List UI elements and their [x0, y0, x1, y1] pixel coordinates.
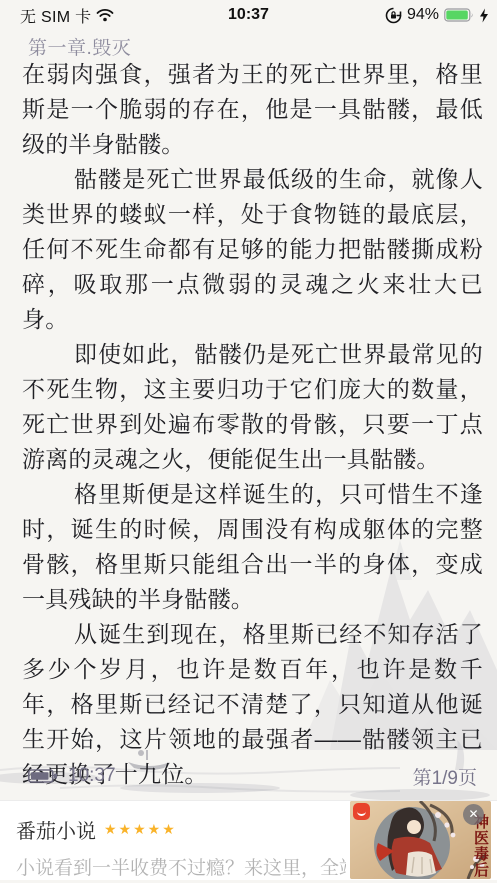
reader-body[interactable]: 在弱肉强食，强者为王的死亡世界里，格里斯是一个脆弱的存在，他是一具骷髅，最低级的… — [22, 57, 483, 792]
battery-icon — [444, 8, 474, 22]
chapter-title: 第一章.毁灭 — [28, 33, 131, 60]
ad-creative-image[interactable]: 神医毒后 ✕ — [350, 801, 491, 879]
footer-battery-icon — [28, 769, 58, 783]
ad-text-block[interactable]: 番茄小说 ★★★★★ 小说看到一半收费不过瘾？来这里，全站小… — [16, 815, 346, 880]
body-paragraph: 格里斯便是这样诞生的，只可惜生不逢时，诞生的时候，周围没有构成躯体的完整骨骸，格… — [22, 477, 483, 617]
body-paragraph: 即使如此，骷髅仍是死亡世界最常见的不死生物，这主要归功于它们庞大的数量，死亡世界… — [22, 337, 483, 477]
reader-footer: 10:37 第1/9页 — [0, 761, 497, 791]
orientation-lock-icon — [385, 7, 402, 24]
battery-percent-label: 94% — [407, 6, 439, 24]
wifi-icon — [96, 8, 114, 22]
charging-bolt-icon — [479, 8, 489, 23]
ad-app-name: 番茄小说 — [16, 815, 96, 844]
status-bar: 10:37 无 SIM 卡 94% — [0, 0, 497, 30]
ad-banner[interactable]: 番茄小说 ★★★★★ 小说看到一半收费不过瘾？来这里，全站小… — [0, 800, 497, 880]
page-indicator: 第1/9页 — [413, 763, 477, 790]
ad-rating-stars: ★★★★★ — [104, 821, 177, 838]
footer-time: 10:37 — [68, 765, 116, 787]
ad-description: 小说看到一半收费不过瘾？来这里，全站小… — [16, 853, 346, 880]
ad-close-button[interactable]: ✕ — [463, 804, 484, 825]
ad-source-logo-icon — [353, 803, 370, 820]
reader-screen: 10:37 无 SIM 卡 94% — [0, 0, 497, 883]
body-paragraph: 在弱肉强食，强者为王的死亡世界里，格里斯是一个脆弱的存在，他是一具骷髅，最低级的… — [22, 57, 483, 162]
carrier-label: 无 SIM 卡 — [20, 4, 91, 27]
body-paragraph: 骷髅是死亡世界最低级的生命，就像人类世界的蝼蚁一样，处于食物链的最底层，任何不死… — [22, 162, 483, 337]
